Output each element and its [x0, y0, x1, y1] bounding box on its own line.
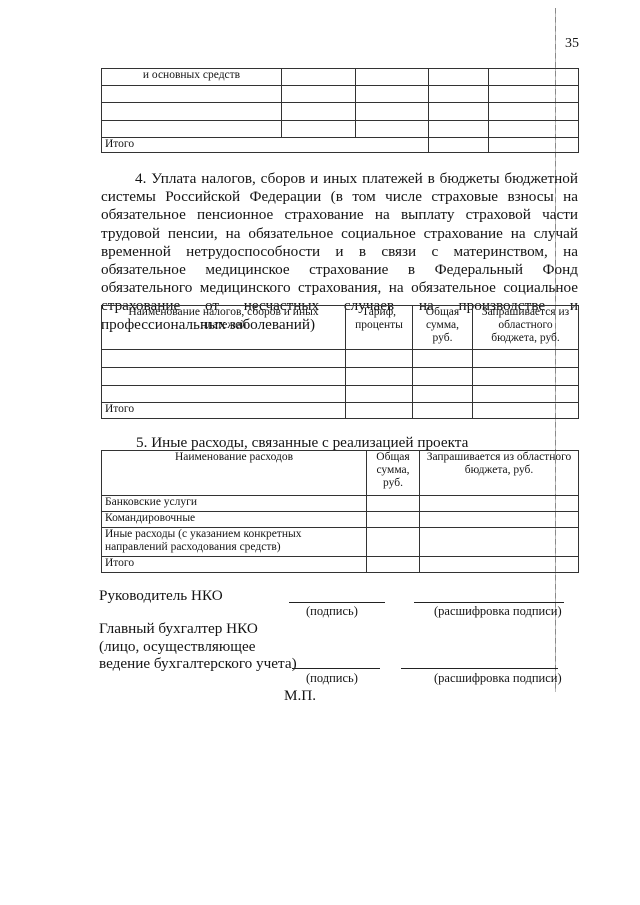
table-cell[interactable] — [102, 86, 282, 103]
table-cell[interactable] — [356, 69, 429, 86]
table-cell[interactable] — [489, 121, 579, 138]
total-row: Итого — [102, 138, 579, 153]
header-row: Наименование налогов, сборов и иных плат… — [102, 306, 579, 350]
table-cell[interactable] — [429, 138, 489, 153]
table-cell[interactable] — [367, 512, 420, 528]
row-label: Иные расходы (с указанием конкретных нап… — [102, 528, 367, 557]
table-cell[interactable] — [102, 386, 346, 403]
table-row — [102, 103, 579, 121]
table-cell[interactable] — [346, 350, 413, 368]
table-cell[interactable] — [367, 528, 420, 557]
table-cell[interactable] — [489, 138, 579, 153]
total-row: Итого — [102, 403, 579, 419]
header-row: Наименование расходов Общая сумма, руб. … — [102, 451, 579, 496]
total-label: Итого — [102, 403, 346, 419]
column-header: Общая сумма, руб. — [367, 451, 420, 496]
table-cell[interactable] — [420, 512, 579, 528]
table-cell[interactable] — [367, 496, 420, 512]
table-row: Банковские услуги — [102, 496, 579, 512]
row-label: Банковские услуги — [102, 496, 367, 512]
table-cell[interactable] — [473, 350, 579, 368]
head-signature-line[interactable] — [289, 602, 385, 603]
decode-caption: (расшифровка подписи) — [434, 604, 562, 619]
table-cell[interactable] — [346, 368, 413, 386]
table-cell[interactable] — [413, 403, 473, 419]
table-cell[interactable] — [282, 103, 356, 121]
table-cell[interactable] — [420, 496, 579, 512]
table-row: Командировочные — [102, 512, 579, 528]
other-expenses-table: Наименование расходов Общая сумма, руб. … — [101, 450, 579, 573]
table-cell[interactable] — [346, 403, 413, 419]
table-cell[interactable] — [473, 403, 579, 419]
table-cell[interactable] — [429, 103, 489, 121]
table-cell[interactable] — [282, 69, 356, 86]
table-cell[interactable] — [489, 86, 579, 103]
accountant-signature-line[interactable] — [292, 668, 380, 669]
table-cell[interactable] — [102, 121, 282, 138]
column-header: Наименование налогов, сборов и иных плат… — [102, 306, 346, 350]
row-label: Командировочные — [102, 512, 367, 528]
table-cell[interactable] — [429, 121, 489, 138]
table-cell[interactable] — [102, 368, 346, 386]
column-header: Общая сумма, руб. — [413, 306, 473, 350]
table-cell[interactable] — [489, 103, 579, 121]
column-header: Запрашивается из областного бюджета, руб… — [420, 451, 579, 496]
table-cell[interactable] — [413, 368, 473, 386]
head-decode-line[interactable] — [414, 602, 564, 603]
table-cell[interactable] — [473, 368, 579, 386]
taxes-table: Наименование налогов, сборов и иных плат… — [101, 305, 579, 419]
table-cell[interactable] — [420, 557, 579, 573]
table-cell[interactable] — [429, 69, 489, 86]
table-cell[interactable] — [413, 386, 473, 403]
accountant-label-3: ведение бухгалтерского учета) — [99, 655, 297, 673]
table-cell[interactable] — [413, 350, 473, 368]
table-cell[interactable] — [367, 557, 420, 573]
table-cell[interactable] — [473, 386, 579, 403]
signature-caption: (подпись) — [306, 671, 358, 686]
total-label: Итого — [102, 557, 367, 573]
table-cell[interactable] — [102, 103, 282, 121]
table-row — [102, 368, 579, 386]
table-cell[interactable] — [489, 69, 579, 86]
table-cell[interactable] — [346, 386, 413, 403]
table-cell: и основных средств — [102, 69, 282, 86]
table-row — [102, 350, 579, 368]
decode-caption: (расшифровка подписи) — [434, 671, 562, 686]
table-row — [102, 86, 579, 103]
column-header: Тариф, проценты — [346, 306, 413, 350]
table-cell[interactable] — [282, 121, 356, 138]
page-number: 35 — [565, 36, 579, 52]
accountant-label-2: (лицо, осуществляющее — [99, 638, 255, 656]
total-row: Итого — [102, 557, 579, 573]
table-row: Иные расходы (с указанием конкретных нап… — [102, 528, 579, 557]
table-cell[interactable] — [282, 86, 356, 103]
head-label: Руководитель НКО — [99, 587, 223, 605]
total-label: Итого — [102, 138, 429, 153]
column-header: Наименование расходов — [102, 451, 367, 496]
signature-caption: (подпись) — [306, 604, 358, 619]
table-row — [102, 386, 579, 403]
table-cell[interactable] — [356, 103, 429, 121]
column-header: Запрашивается из областного бюджета, руб… — [473, 306, 579, 350]
stamp-label: М.П. — [284, 687, 316, 705]
table-cell[interactable] — [429, 86, 489, 103]
table-cell[interactable] — [420, 528, 579, 557]
table-cell[interactable] — [356, 86, 429, 103]
table-cell[interactable] — [356, 121, 429, 138]
assets-table-continuation: и основных средств Итого — [101, 68, 579, 153]
accountant-label-1: Главный бухгалтер НКО — [99, 620, 258, 638]
table-row — [102, 121, 579, 138]
table-cell[interactable] — [102, 350, 346, 368]
accountant-decode-line[interactable] — [401, 668, 558, 669]
